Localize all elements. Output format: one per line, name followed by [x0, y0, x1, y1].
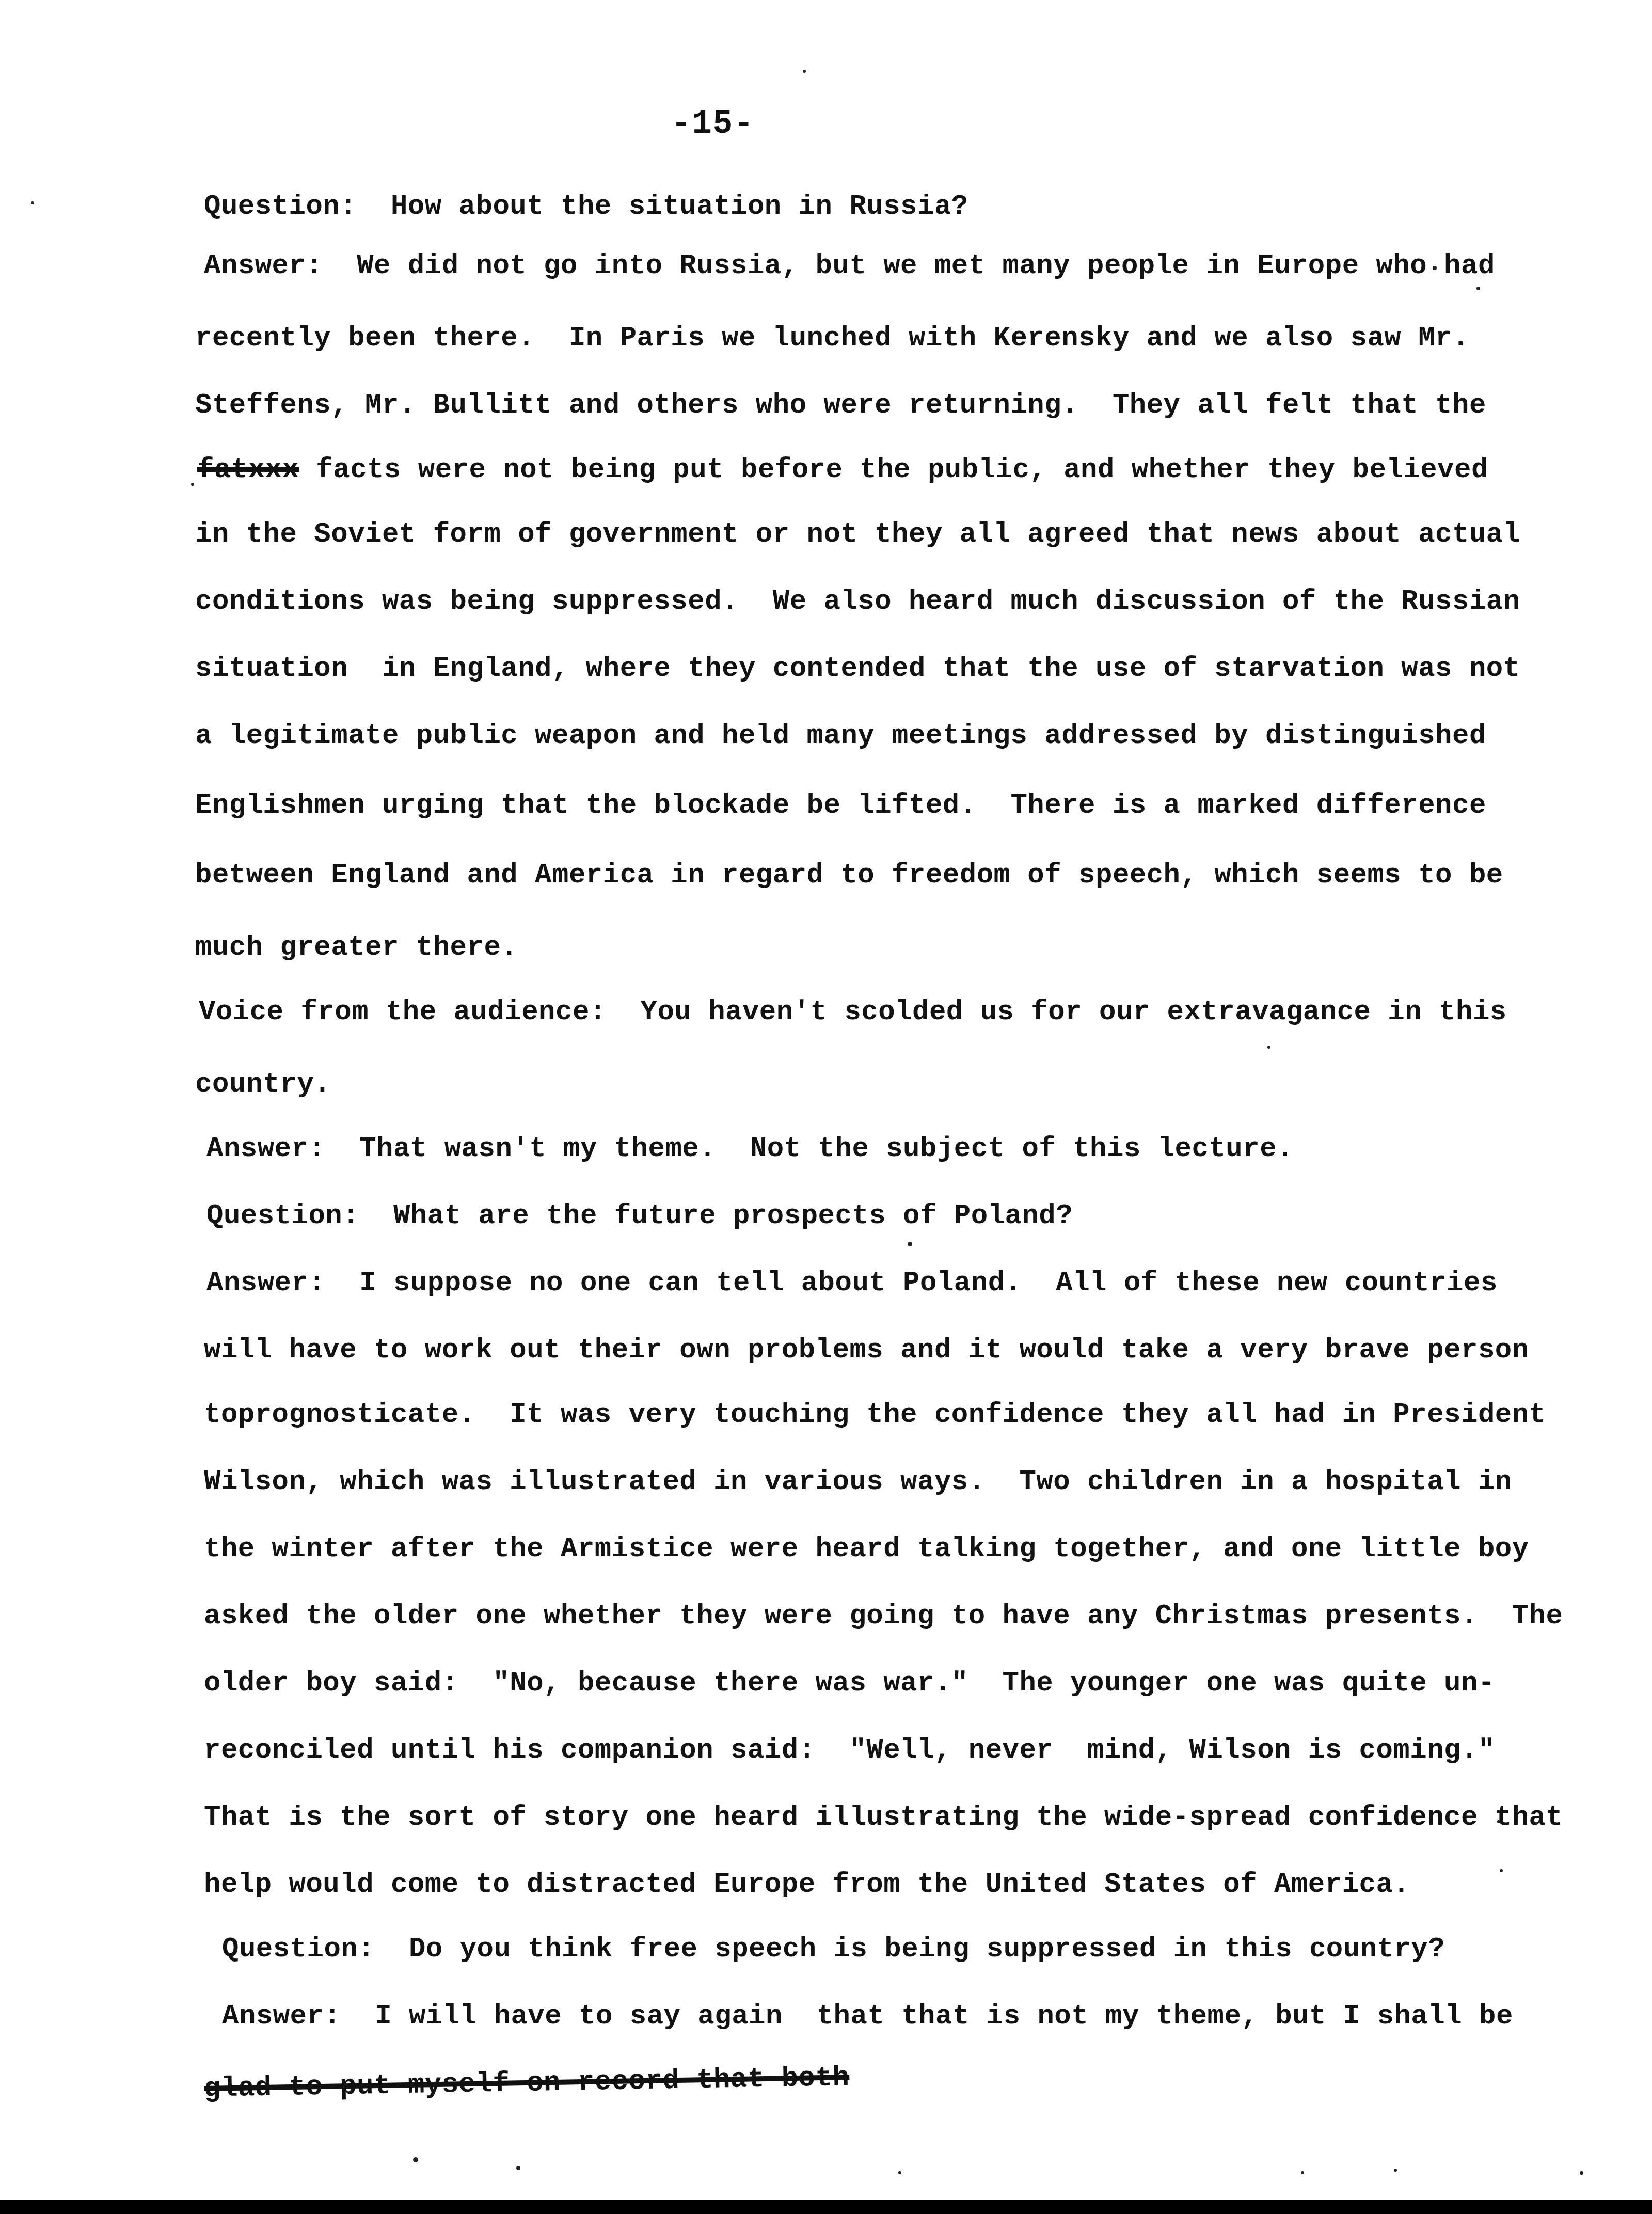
scan-speck [803, 70, 806, 73]
line-text: Englishmen urging that the blockade be l… [195, 790, 1486, 821]
line-text: much greater there. [195, 932, 518, 963]
text-line: reconciled until his companion said: "We… [204, 1735, 1495, 1766]
text-line: in the Soviet form of government or not … [195, 519, 1520, 550]
text-line: the winter after the Armistice were hear… [204, 1533, 1529, 1565]
line-text: Question: What are the future prospects … [206, 1200, 1073, 1232]
line-text: conditions was being suppressed. We also… [195, 586, 1520, 618]
text-line: Answer: That wasn't my theme. Not the su… [206, 1133, 1294, 1165]
struck-word: fatxxx [197, 454, 299, 486]
line-text: asked the older one whether they were go… [204, 1601, 1563, 1632]
line-text: Voice from the audience: You haven't sco… [199, 997, 1507, 1028]
line-text: facts were not being put before the publ… [316, 454, 1488, 486]
text-line: country. [195, 1069, 331, 1100]
scan-speck [898, 2171, 901, 2174]
text-line: between England and America in regard to… [195, 860, 1503, 891]
line-text: recently been there. In Paris we lunched… [195, 323, 1469, 354]
line-text: Answer: I will have to say again that th… [222, 2001, 1513, 2032]
line-text: Answer: I suppose no one can tell about … [206, 1268, 1498, 1299]
line-text: reconciled until his companion said: "We… [204, 1735, 1495, 1766]
line-text: Steffens, Mr. Bullitt and others who wer… [195, 390, 1486, 421]
text-line: Englishmen urging that the blockade be l… [195, 790, 1486, 821]
text-line: situation in England, where they contend… [195, 653, 1520, 685]
scan-speck [31, 201, 34, 204]
scan-speck [908, 1242, 912, 1246]
scan-speck [1497, 1820, 1500, 1823]
text-line: Voice from the audience: You haven't sco… [199, 997, 1507, 1028]
text-line: much greater there. [195, 932, 518, 963]
text-line: asked the older one whether they were go… [204, 1601, 1563, 1632]
text-line: Answer: I will have to say again that th… [222, 2001, 1513, 2032]
line-text: situation in England, where they contend… [195, 653, 1520, 685]
scan-speck [1476, 287, 1480, 290]
line-text: in the Soviet form of government or not … [195, 519, 1520, 550]
line-text: will have to work out their own problems… [204, 1335, 1529, 1366]
scan-speck [1394, 2169, 1397, 2172]
scan-speck [1500, 1869, 1503, 1872]
line-text: Answer: We did not go into Russia, but w… [204, 250, 1495, 282]
line-text: the winter after the Armistice were hear… [204, 1533, 1529, 1565]
line-text: Question: How about the situation in Rus… [204, 191, 968, 223]
text-line: recently been there. In Paris we lunched… [195, 323, 1469, 354]
scan-speck [191, 483, 194, 486]
text-line: Question: How about the situation in Rus… [204, 191, 968, 223]
document-page: -15- Question: How about the situation i… [0, 0, 1652, 2214]
scan-speck [1267, 1046, 1270, 1049]
line-text: toprognosticate. It was very touching th… [204, 1399, 1546, 1431]
page-number: -15- [671, 106, 755, 143]
text-line: Answer: I suppose no one can tell about … [206, 1268, 1498, 1299]
text-line: Answer: We did not go into Russia, but w… [204, 250, 1495, 282]
text-line: help would come to distracted Europe fro… [204, 1869, 1410, 1901]
text-line: Question: Do you think free speech is be… [222, 1934, 1445, 1965]
text-line: a legitimate public weapon and held many… [195, 720, 1486, 752]
text-line: That is the sort of story one heard illu… [204, 1802, 1563, 1833]
text-line: fatxxx facts were not being put before t… [197, 454, 1488, 486]
scan-speck [413, 2157, 418, 2162]
scan-speck [516, 2166, 520, 2170]
text-line: will have to work out their own problems… [204, 1335, 1529, 1366]
line-text: That is the sort of story one heard illu… [204, 1802, 1563, 1833]
line-text: a legitimate public weapon and held many… [195, 720, 1486, 752]
scan-speck [1580, 2171, 1583, 2175]
line-text: older boy said: "No, because there was w… [204, 1668, 1495, 1699]
struck-out-line: glad to put myself on record that both [204, 2062, 850, 2105]
text-line: Steffens, Mr. Bullitt and others who wer… [195, 390, 1486, 421]
text-line: older boy said: "No, because there was w… [204, 1668, 1495, 1699]
scan-speck [1301, 2171, 1304, 2174]
scan-speck [1433, 266, 1437, 270]
text-line: Question: What are the future prospects … [206, 1200, 1073, 1232]
line-text: help would come to distracted Europe fro… [204, 1869, 1410, 1901]
text-line: toprognosticate. It was very touching th… [204, 1399, 1546, 1431]
text-line: Wilson, which was illustrated in various… [204, 1466, 1512, 1498]
line-text: between England and America in regard to… [195, 860, 1503, 891]
line-text: Wilson, which was illustrated in various… [204, 1466, 1512, 1498]
text-line: conditions was being suppressed. We also… [195, 586, 1520, 618]
line-text: country. [195, 1069, 331, 1100]
line-text: Question: Do you think free speech is be… [222, 1934, 1445, 1965]
line-text: Answer: That wasn't my theme. Not the su… [206, 1133, 1294, 1165]
